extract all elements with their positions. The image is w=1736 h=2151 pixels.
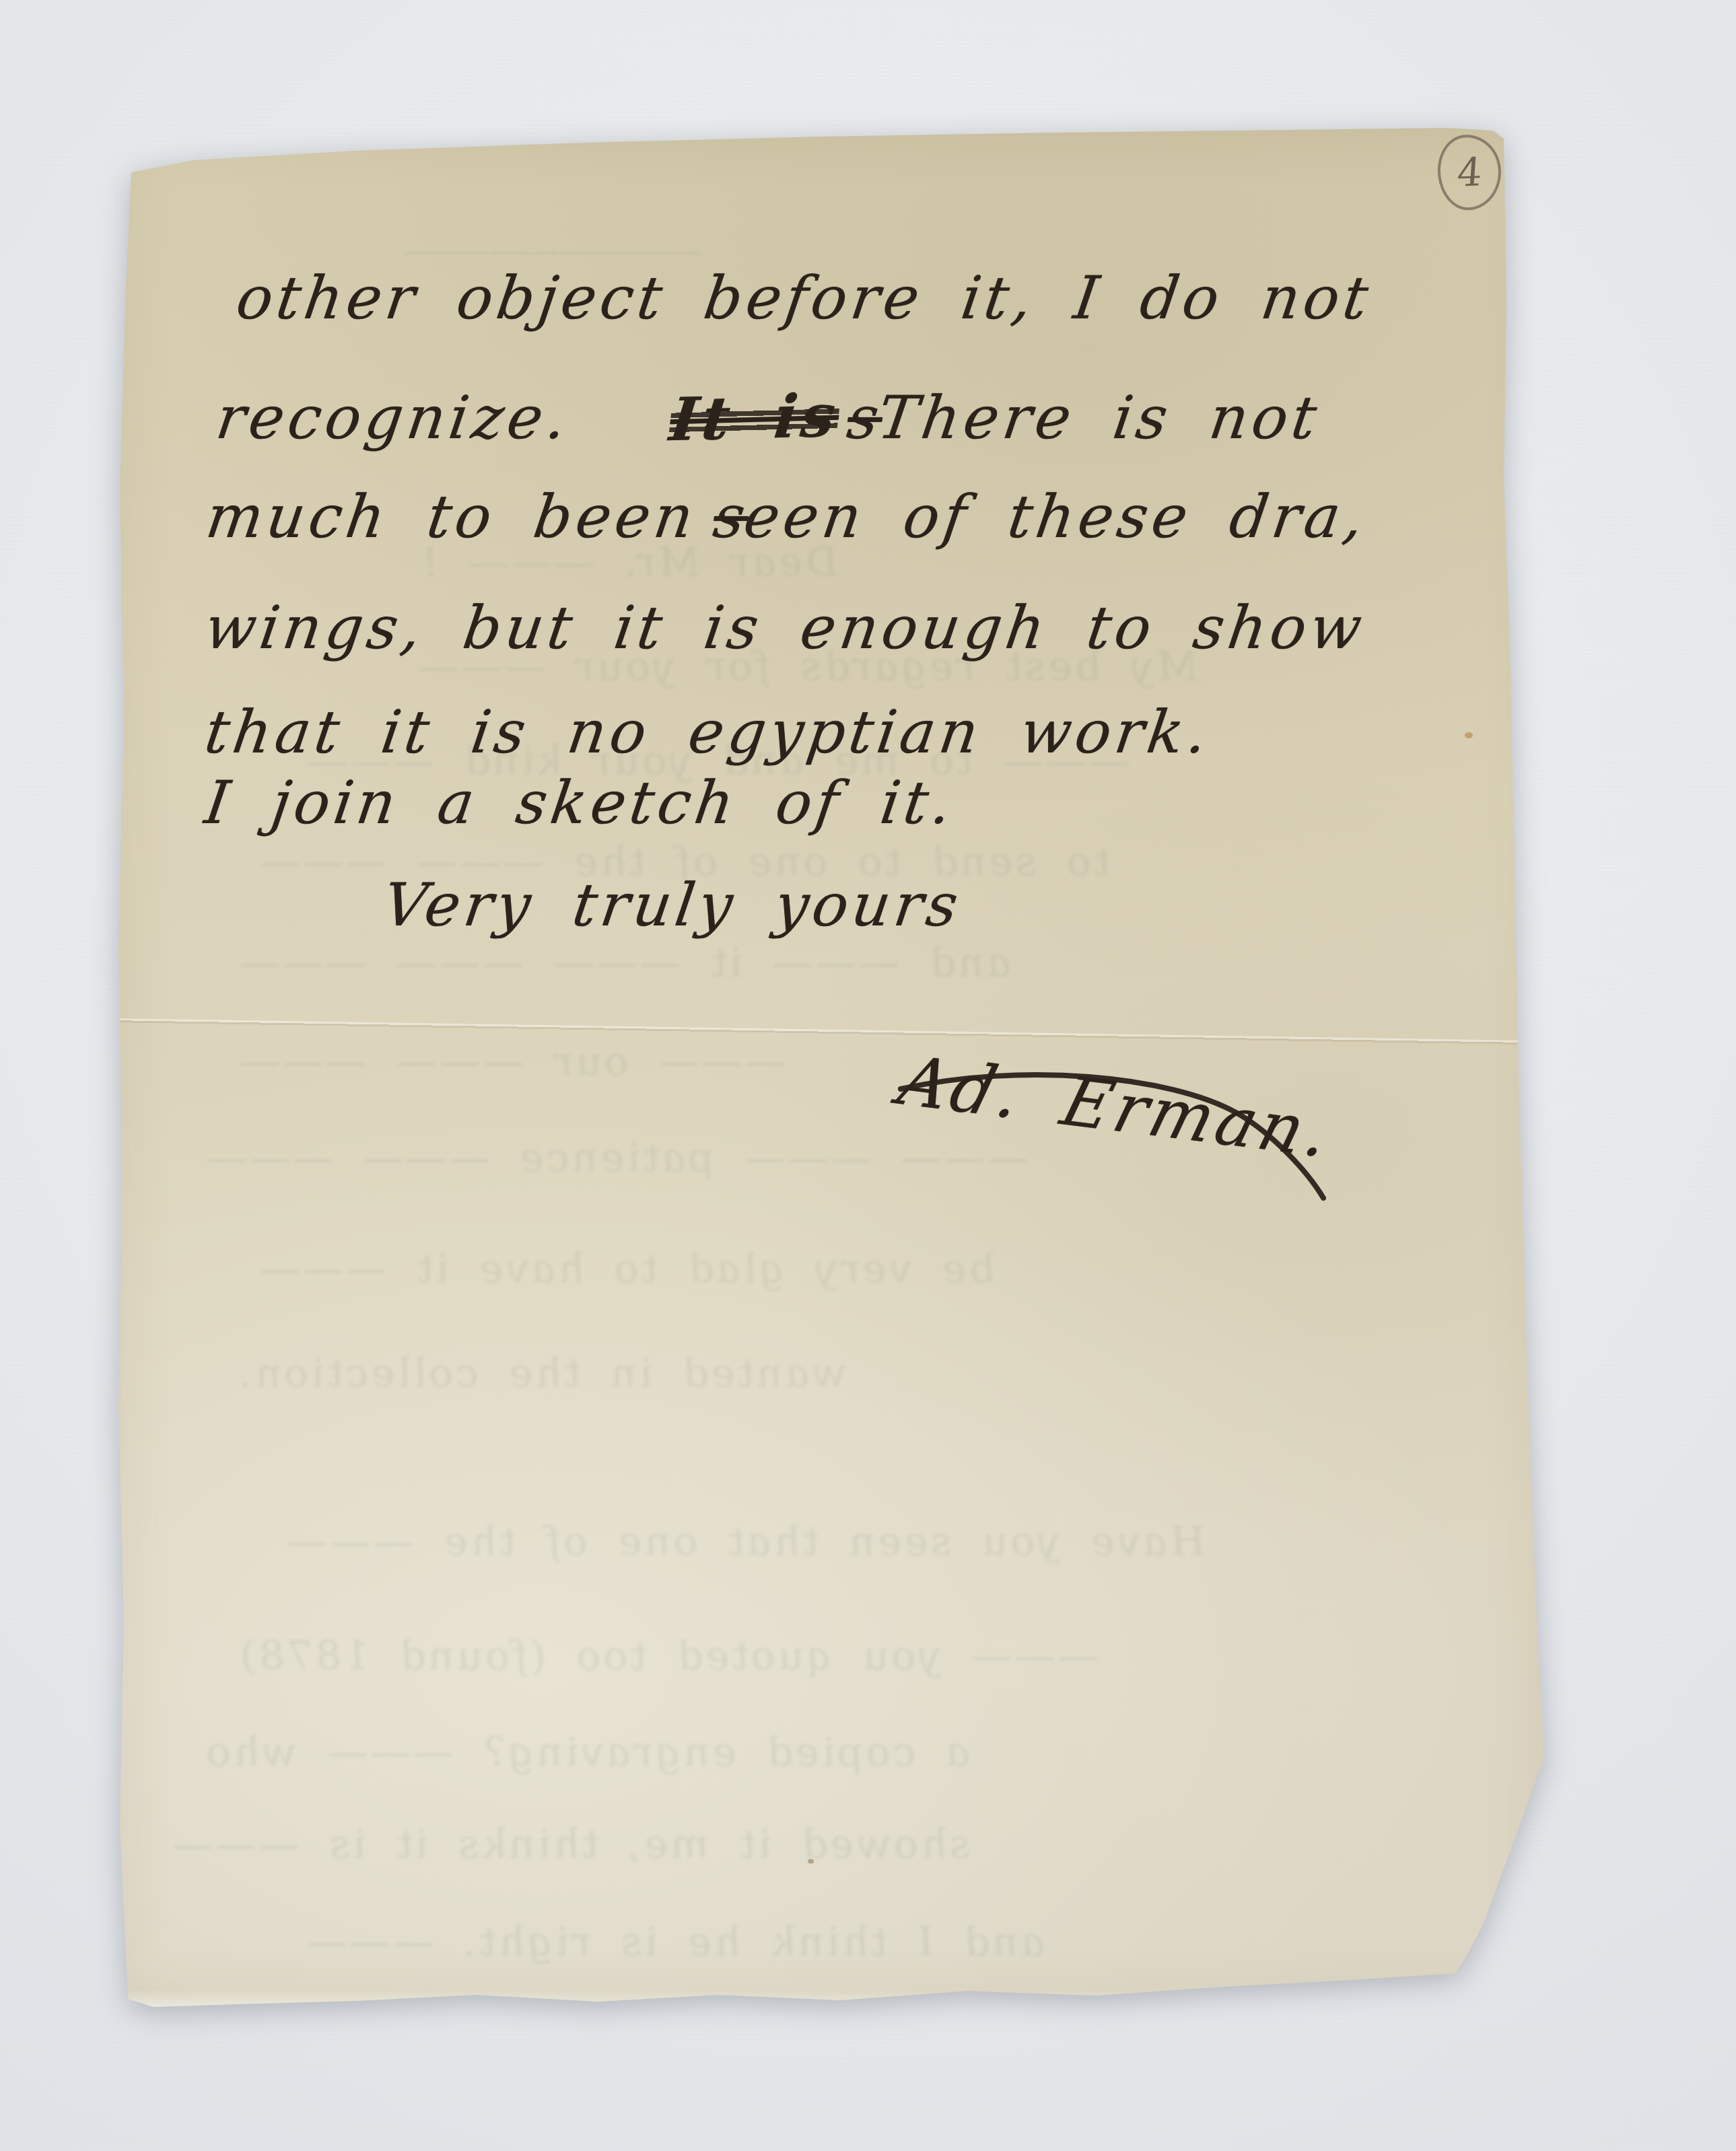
letter-line-3: much to beenseen of these dra, [202, 481, 1372, 553]
paper-stain [808, 1859, 814, 1864]
bleedthrough-line: be very glad to have it ——— [254, 1245, 998, 1292]
paper: 4 ─────────────────────Dear Mr. ——— !My … [113, 128, 1545, 2007]
signature-flourish [887, 1065, 1331, 1206]
photo-backing: 4 ─────────────────────Dear Mr. ——— !My … [0, 0, 1736, 2151]
bleedthrough-line: ——— our ——— ——— [234, 1038, 790, 1085]
ink-text: There is not [874, 383, 1325, 452]
letter-line-7: Very truly yours [379, 870, 967, 941]
ink-text: recognize. [212, 383, 574, 452]
ink-text: wings, but it is enough to show [201, 593, 1370, 662]
bleedthrough-line: Have you seen that one of the ——— [281, 1518, 1208, 1565]
bleedthrough-line: and I think he is right. ——— [302, 1918, 1049, 1965]
page-number-circle: 4 [1434, 131, 1504, 213]
paper-stain [1465, 732, 1473, 738]
ink-text: that it is no egyptian work. [201, 697, 1215, 767]
struck-text: It is [666, 380, 843, 456]
ink-text: een of these dra, [740, 482, 1372, 551]
ink-text: Very truly yours [379, 870, 966, 940]
bleedthrough-line: ——— you quoted too (found 1878) [234, 1632, 1102, 1679]
ink-text: much to been [202, 482, 701, 551]
bleedthrough-line: a copied engraving? ——— who [201, 1728, 974, 1775]
letter-line-1: other object before it, I do not [232, 262, 1377, 334]
letter-line-4: wings, but it is enough to show [201, 592, 1370, 664]
bleedthrough-line: wanted in the collection. [234, 1349, 850, 1397]
letter-line-2: recognize.It issThere is not [212, 382, 1325, 454]
letter-line-6: I join a sketch of it. [201, 767, 960, 839]
bleedthrough-line: showed it me, thinks it is ——— [167, 1821, 974, 1868]
ink-text: other object before it, I do not [232, 263, 1376, 332]
page-number: 4 [1455, 149, 1484, 195]
letter-line-5: that it is no egyptian work. [201, 697, 1216, 768]
ink-text: I join a sketch of it. [201, 768, 960, 837]
bleedthrough-line: and ——— it ——— ——— ——— [234, 939, 1014, 986]
